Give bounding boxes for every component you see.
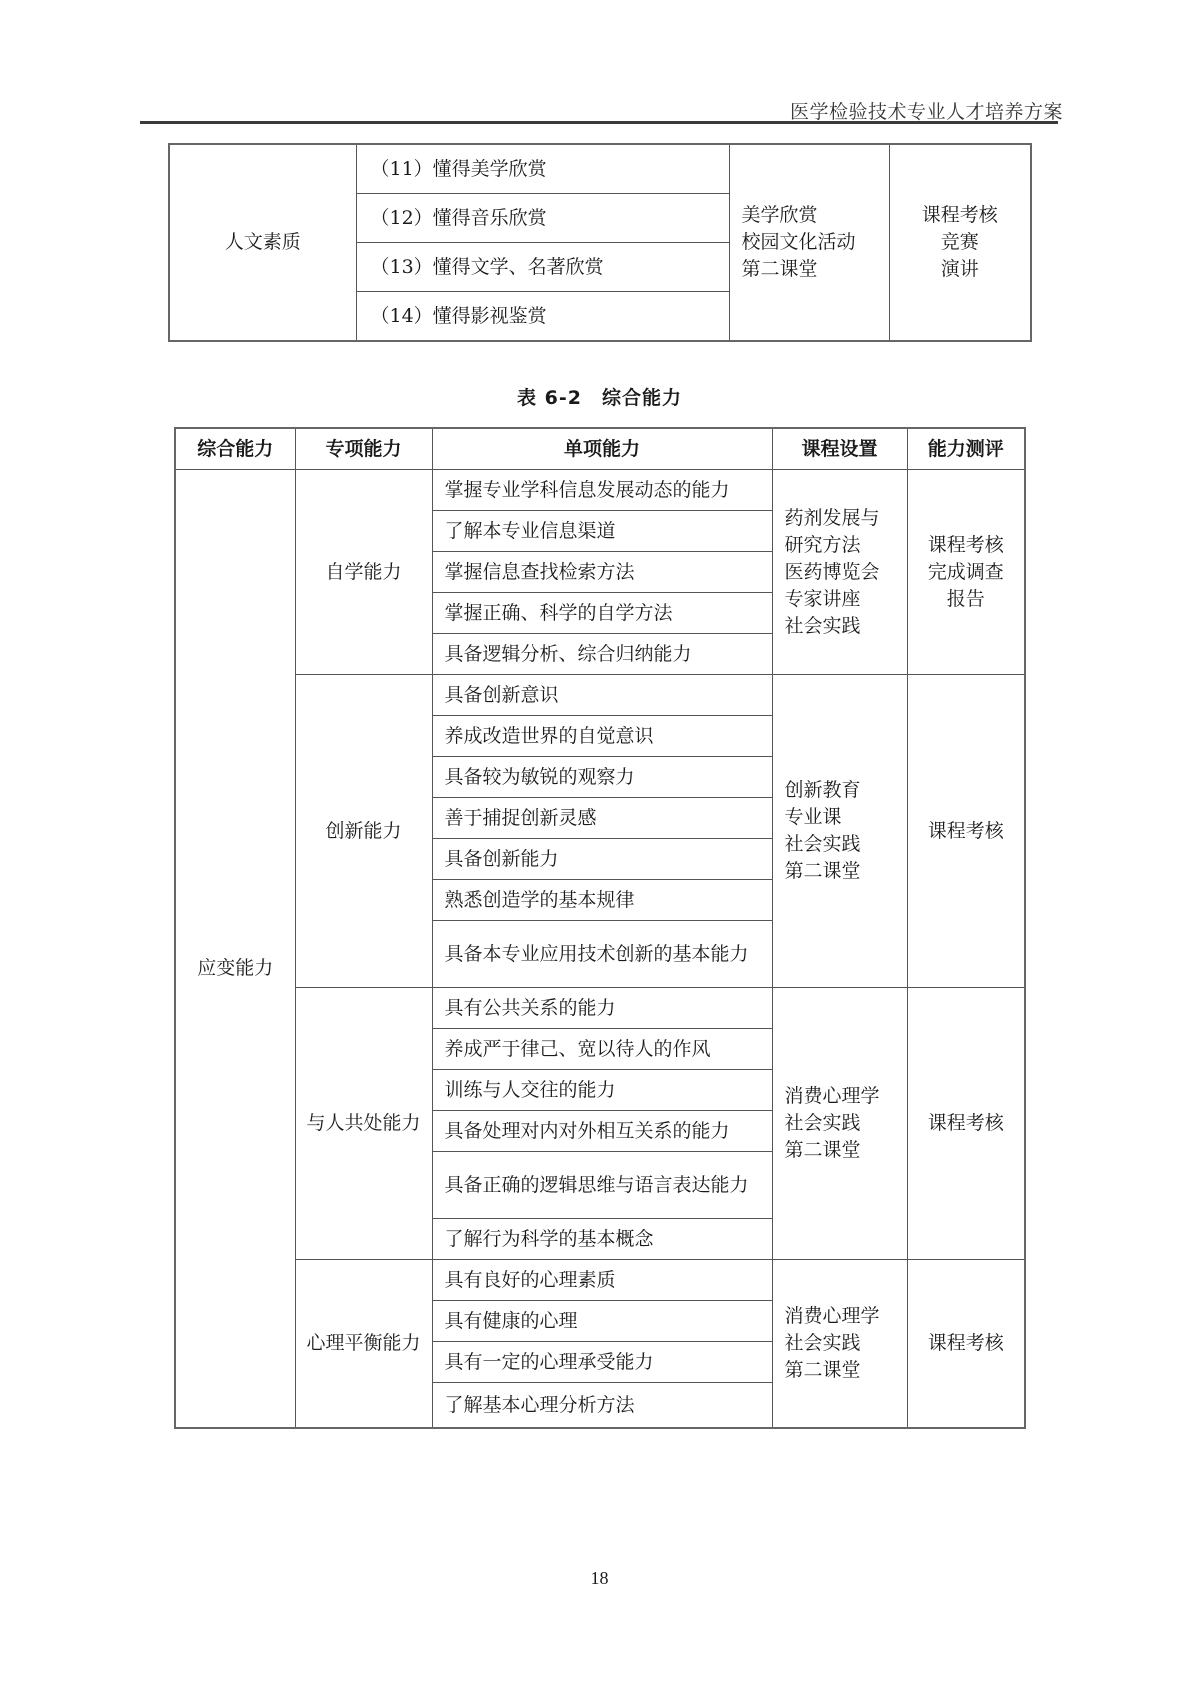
item-cell: （13）懂得文学、名著欣赏	[356, 243, 729, 292]
header-rule	[140, 121, 1058, 124]
item-cell: （14）懂得影视鉴赏	[356, 292, 729, 342]
header-comprehensive: 综合能力	[175, 428, 295, 470]
document-header-title: 医学检验技术专业人才培养方案	[790, 97, 1063, 124]
course-line: 研究方法	[785, 532, 907, 559]
course-line: 专业课	[785, 804, 907, 831]
course-line: 社会实践	[785, 1330, 907, 1357]
courses-cell: 消费心理学 社会实践 第二课堂	[772, 988, 907, 1260]
item-cell: 训练与人交往的能力	[432, 1070, 772, 1111]
evaluation-cell: 课程考核	[907, 1260, 1025, 1429]
courses-cell: 美学欣赏 校园文化活动 第二课堂	[729, 144, 889, 341]
header-single-ability: 单项能力	[432, 428, 772, 470]
item-cell: （12）懂得音乐欣赏	[356, 194, 729, 243]
course-line: 第二课堂	[785, 1137, 907, 1164]
course-line: 药剂发展与	[785, 505, 907, 532]
evaluation-line: 课程考核	[890, 202, 1031, 229]
table-row: 应变能力 自学能力 掌握专业学科信息发展动态的能力 药剂发展与 研究方法 医药博…	[175, 470, 1025, 511]
evaluation-line: 报告	[916, 586, 1017, 613]
evaluation-cell: 课程考核	[907, 988, 1025, 1260]
specialty-cell: 创新能力	[295, 675, 432, 988]
course-line: 美学欣赏	[742, 202, 889, 229]
course-line: 校园文化活动	[742, 229, 889, 256]
course-line: 消费心理学	[785, 1083, 907, 1110]
table-header-row: 综合能力 专项能力 单项能力 课程设置 能力测评	[175, 428, 1025, 470]
table-row: 心理平衡能力 具有良好的心理素质 消费心理学 社会实践 第二课堂 课程考核	[175, 1260, 1025, 1301]
course-line: 创新教育	[785, 777, 907, 804]
course-line: 第二课堂	[785, 858, 907, 885]
item-cell: 掌握专业学科信息发展动态的能力	[432, 470, 772, 511]
course-line: 第二课堂	[785, 1357, 907, 1384]
evaluation-line: 完成调查	[916, 559, 1017, 586]
item-cell: 养成改造世界的自觉意识	[432, 716, 772, 757]
course-line: 社会实践	[785, 831, 907, 858]
table-caption: 表 6-2 综合能力	[0, 383, 1199, 410]
item-cell: 具有良好的心理素质	[432, 1260, 772, 1301]
item-cell: 具备本专业应用技术创新的基本能力	[432, 921, 772, 988]
header-evaluation: 能力测评	[907, 428, 1025, 470]
humanities-table: 人文素质 （11）懂得美学欣赏 美学欣赏 校园文化活动 第二课堂 课程考核 竞赛…	[168, 143, 1032, 342]
item-cell: 了解本专业信息渠道	[432, 511, 772, 552]
item-cell: 具备正确的逻辑思维与语言表达能力	[432, 1152, 772, 1219]
specialty-cell: 心理平衡能力	[295, 1260, 432, 1429]
item-cell: 具备逻辑分析、综合归纳能力	[432, 634, 772, 675]
comprehensive-cell: 应变能力	[175, 470, 295, 1429]
evaluation-line: 课程考核	[916, 532, 1017, 559]
item-cell: 具有健康的心理	[432, 1301, 772, 1342]
courses-cell: 药剂发展与 研究方法 医药博览会 专家讲座 社会实践	[772, 470, 907, 675]
item-cell: 善于捕捉创新灵感	[432, 798, 772, 839]
comprehensive-ability-table: 综合能力 专项能力 单项能力 课程设置 能力测评 应变能力 自学能力 掌握专业学…	[174, 427, 1026, 1429]
table-row: 创新能力 具备创新意识 创新教育 专业课 社会实践 第二课堂 课程考核	[175, 675, 1025, 716]
courses-cell: 消费心理学 社会实践 第二课堂	[772, 1260, 907, 1429]
evaluation-cell: 课程考核 完成调查 报告	[907, 470, 1025, 675]
courses-cell: 创新教育 专业课 社会实践 第二课堂	[772, 675, 907, 988]
evaluation-line: 竞赛	[890, 229, 1031, 256]
course-line: 消费心理学	[785, 1303, 907, 1330]
item-cell: 了解基本心理分析方法	[432, 1383, 772, 1429]
category-cell: 人文素质	[169, 144, 356, 341]
item-cell: 养成严于律己、宽以待人的作风	[432, 1029, 772, 1070]
table-row: 与人共处能力 具有公共关系的能力 消费心理学 社会实践 第二课堂 课程考核	[175, 988, 1025, 1029]
item-cell: 掌握信息查找检索方法	[432, 552, 772, 593]
item-cell: 具备创新能力	[432, 839, 772, 880]
page-number: 18	[0, 1568, 1199, 1589]
item-cell: 熟悉创造学的基本规律	[432, 880, 772, 921]
header-courses: 课程设置	[772, 428, 907, 470]
item-cell: 具备处理对内对外相互关系的能力	[432, 1111, 772, 1152]
item-cell: 具备创新意识	[432, 675, 772, 716]
course-line: 社会实践	[785, 1110, 907, 1137]
specialty-cell: 自学能力	[295, 470, 432, 675]
course-line: 社会实践	[785, 613, 907, 640]
course-line: 医药博览会	[785, 559, 907, 586]
item-cell: （11）懂得美学欣赏	[356, 144, 729, 194]
table-row: 人文素质 （11）懂得美学欣赏 美学欣赏 校园文化活动 第二课堂 课程考核 竞赛…	[169, 144, 1031, 194]
course-line: 第二课堂	[742, 256, 889, 283]
item-cell: 掌握正确、科学的自学方法	[432, 593, 772, 634]
specialty-cell: 与人共处能力	[295, 988, 432, 1260]
evaluation-cell: 课程考核 竞赛 演讲	[889, 144, 1031, 341]
item-cell: 了解行为科学的基本概念	[432, 1219, 772, 1260]
evaluation-cell: 课程考核	[907, 675, 1025, 988]
header-specialty: 专项能力	[295, 428, 432, 470]
item-cell: 具有一定的心理承受能力	[432, 1342, 772, 1383]
item-cell: 具备较为敏锐的观察力	[432, 757, 772, 798]
evaluation-line: 演讲	[890, 256, 1031, 283]
course-line: 专家讲座	[785, 586, 907, 613]
item-cell: 具有公共关系的能力	[432, 988, 772, 1029]
